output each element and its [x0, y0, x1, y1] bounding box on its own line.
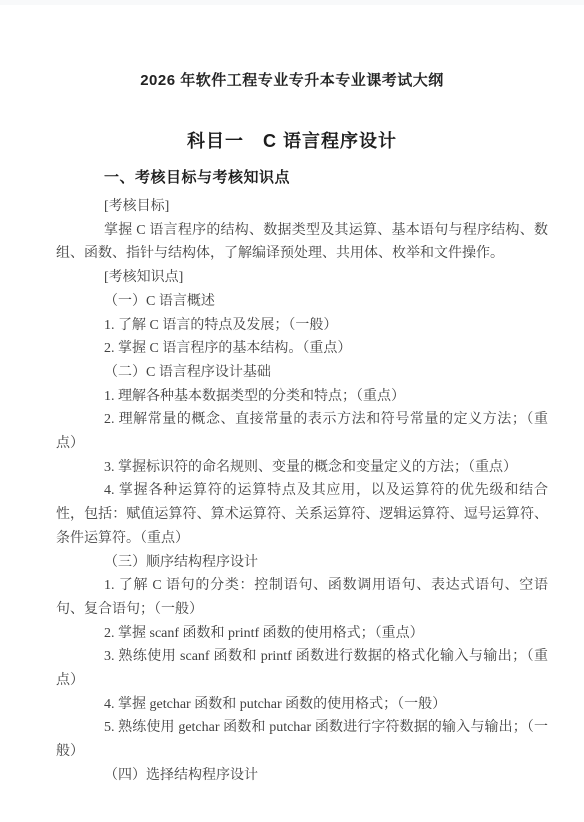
- paragraph-topic-3-item-1: 1. 了解 C 语句的分类：控制语句、函数调用语句、表达式语句、空语句、复合语句…: [56, 574, 548, 621]
- page-top-edge: [0, 0, 584, 5]
- paragraph-topic-3-item-4: 4. 掌握 getchar 函数和 putchar 函数的使用格式；（一般）: [56, 693, 548, 717]
- paragraph-topic-2-heading: （二）C 语言程序设计基础: [56, 361, 548, 385]
- document-page: 2026 年软件工程专业专升本专业课考试大纲 科目一 C 语言程序设计 一、考核…: [0, 0, 584, 822]
- paragraph-topic-3-heading: （三）顺序结构程序设计: [56, 551, 548, 575]
- subject-heading: 科目一 C 语言程序设计: [0, 128, 584, 154]
- paragraph-topic-2-item-3: 3. 掌握标识符的命名规则、变量的概念和变量定义的方法；（重点）: [56, 456, 548, 480]
- paragraph-topic-1-heading: （一）C 语言概述: [56, 290, 548, 314]
- paragraph-topic-3-item-2: 2. 掌握 scanf 函数和 printf 函数的使用格式；（重点）: [56, 622, 548, 646]
- paragraph-topic-2-item-2: 2. 理解常量的概念、直接常量的表示方法和符号常量的定义方法；（重点）: [56, 408, 548, 455]
- paragraph-topic-1-item-1: 1. 了解 C 语言的特点及发展；（一般）: [56, 314, 548, 338]
- section-heading: 一、考核目标与考核知识点: [56, 167, 548, 189]
- paragraph-topic-3-item-5: 5. 熟练使用 getchar 函数和 putchar 函数进行字符数据的输入与…: [56, 716, 548, 763]
- paragraph-topic-2-item-4: 4. 掌握各种运算符的运算特点及其应用，以及运算符的优先级和结合性，包括：赋值运…: [56, 479, 548, 550]
- paragraph-topic-4-heading: （四）选择结构程序设计: [56, 764, 548, 788]
- paragraph-exam-goal-label: [考核目标]: [56, 195, 548, 219]
- paragraph-topic-2-item-1: 1. 理解各种基本数据类型的分类和特点；（重点）: [56, 385, 548, 409]
- paragraph-topic-3-item-3: 3. 熟练使用 scanf 函数和 printf 函数进行数据的格式化输入与输出…: [56, 645, 548, 692]
- document-body: [考核目标] 掌握 C 语言程序的结构、数据类型及其运算、基本语句与程序结构、数…: [56, 195, 548, 788]
- paragraph-exam-goal-text: 掌握 C 语言程序的结构、数据类型及其运算、基本语句与程序结构、数组、函数、指针…: [56, 219, 548, 266]
- document-title: 2026 年软件工程专业专升本专业课考试大纲: [0, 70, 584, 92]
- paragraph-knowledge-label: [考核知识点]: [56, 266, 548, 290]
- text-column: 一、考核目标与考核知识点 [考核目标] 掌握 C 语言程序的结构、数据类型及其运…: [56, 167, 548, 788]
- paragraph-topic-1-item-2: 2. 掌握 C 语言程序的基本结构。（重点）: [56, 337, 548, 361]
